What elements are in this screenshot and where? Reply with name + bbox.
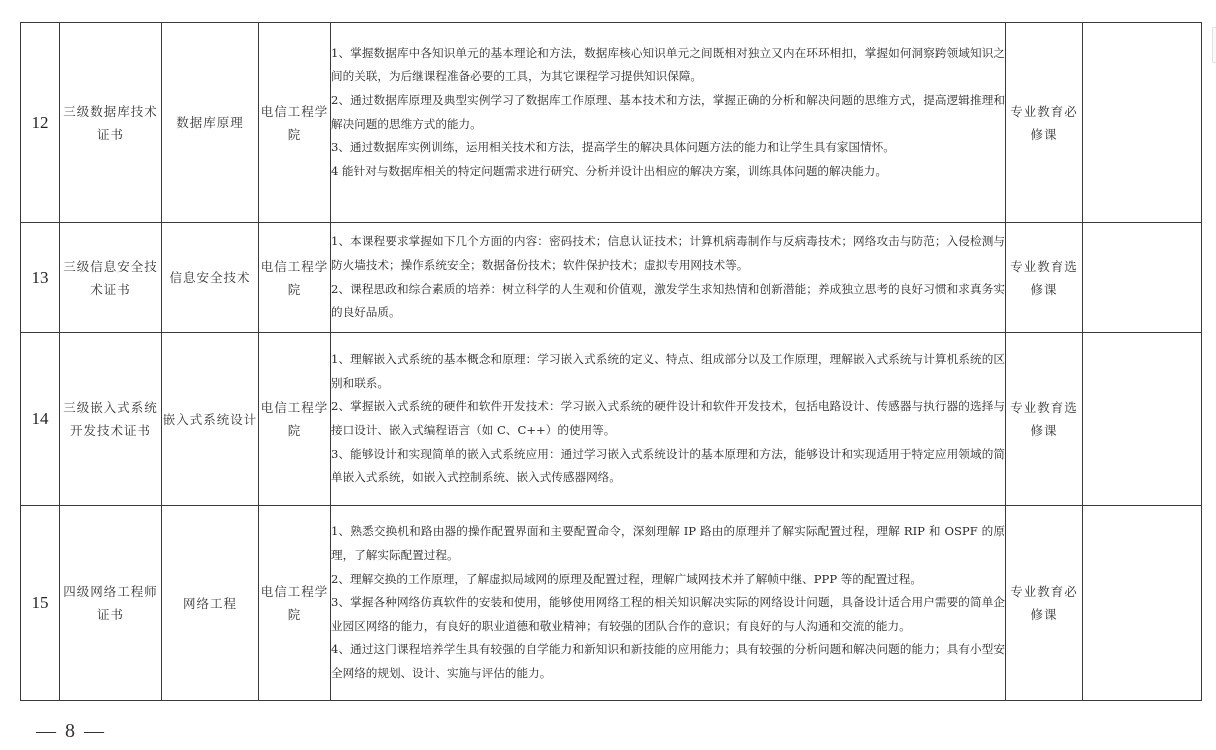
document-page: 12 三级数据库技术证书 数据库原理 电信工程学院 1、掌握数据库中各知识单元的…	[0, 0, 1216, 750]
spacer	[331, 183, 1005, 203]
course-category: 专业教育选修课	[1006, 333, 1083, 506]
college-name: 电信工程学院	[259, 23, 331, 223]
course-name: 嵌入式系统设计	[162, 333, 259, 506]
college-name: 电信工程学院	[259, 333, 331, 506]
course-category: 专业教育必修课	[1006, 506, 1083, 701]
row-number: 13	[21, 223, 60, 333]
course-certificate-table: 12 三级数据库技术证书 数据库原理 电信工程学院 1、掌握数据库中各知识单元的…	[20, 22, 1202, 701]
notes-cell	[1083, 506, 1202, 701]
objective-item: 3、能够设计和实现简单的嵌入式系统应用：通过学习嵌入式系统设计的基本原理和方法，…	[331, 443, 1005, 490]
row-number: 12	[21, 23, 60, 223]
objective-item: 1、熟悉交换机和路由器的操作配置界面和主要配置命令，深刻理解 IP 路由的原理并…	[331, 520, 1005, 567]
side-panel-edge[interactable]	[1212, 27, 1216, 63]
notes-cell	[1083, 333, 1202, 506]
course-name: 信息安全技术	[162, 223, 259, 333]
college-name: 电信工程学院	[259, 223, 331, 333]
course-category: 专业教育必修课	[1006, 23, 1083, 223]
objective-item: 2、课程思政和综合素质的培养：树立科学的人生观和价值观，激发学生求知热情和创新潜…	[331, 278, 1005, 325]
certificate-name: 三级数据库技术证书	[60, 23, 162, 223]
certificate-name: 三级信息安全技术证书	[60, 223, 162, 333]
course-objectives: 1、掌握数据库中各知识单元的基本理论和方法，数据库核心知识单元之间既相对独立又内…	[331, 23, 1006, 223]
course-objectives: 1、理解嵌入式系统的基本概念和原理：学习嵌入式系统的定义、特点、组成部分以及工作…	[331, 333, 1006, 506]
notes-cell	[1083, 23, 1202, 223]
objective-item: 4、通过这门课程培养学生具有较强的自学能力和新知识和新技能的应用能力；具有较强的…	[331, 638, 1005, 685]
course-objectives: 1、熟悉交换机和路由器的操作配置界面和主要配置命令，深刻理解 IP 路由的原理并…	[331, 506, 1006, 701]
row-number: 14	[21, 333, 60, 506]
objective-item: 1、掌握数据库中各知识单元的基本理论和方法，数据库核心知识单元之间既相对独立又内…	[331, 42, 1005, 89]
objective-item: 3、通过数据库实例训练，运用相关技术和方法，提高学生的解决具体问题方法的能力和让…	[331, 136, 1005, 160]
objective-item: 2、掌握嵌入式系统的硬件和软件开发技术：学习嵌入式系统的硬件设计和软件开发技术，…	[331, 395, 1005, 442]
objective-item: 2、理解交换的工作原理，了解虚拟局域网的原理及配置过程，理解广域网技术并了解帧中…	[331, 568, 1005, 592]
notes-cell	[1083, 223, 1202, 333]
table-row: 14 三级嵌入式系统开发技术证书 嵌入式系统设计 电信工程学院 1、理解嵌入式系…	[21, 333, 1202, 506]
certificate-name: 四级网络工程师证书	[60, 506, 162, 701]
objective-item: 4 能针对与数据库相关的特定问题需求进行研究、分析并设计出相应的解决方案，训练具…	[331, 160, 1005, 184]
college-name: 电信工程学院	[259, 506, 331, 701]
course-name: 网络工程	[162, 506, 259, 701]
objective-item: 1、理解嵌入式系统的基本概念和原理：学习嵌入式系统的定义、特点、组成部分以及工作…	[331, 348, 1005, 395]
table-row: 13 三级信息安全技术证书 信息安全技术 电信工程学院 1、本课程要求掌握如下几…	[21, 223, 1202, 333]
objective-item: 3、掌握各种网络仿真软件的安装和使用，能够使用网络工程的相关知识解决实际的网络设…	[331, 591, 1005, 638]
row-number: 15	[21, 506, 60, 701]
objective-item: 1、本课程要求掌握如下几个方面的内容：密码技术；信息认证技术；计算机病毒制作与反…	[331, 230, 1005, 277]
table-row: 12 三级数据库技术证书 数据库原理 电信工程学院 1、掌握数据库中各知识单元的…	[21, 23, 1202, 223]
page-number: — 8 —	[36, 720, 106, 743]
course-category: 专业教育选修课	[1006, 223, 1083, 333]
course-objectives: 1、本课程要求掌握如下几个方面的内容：密码技术；信息认证技术；计算机病毒制作与反…	[331, 223, 1006, 333]
course-name: 数据库原理	[162, 23, 259, 223]
objective-item: 2、通过数据库原理及典型实例学习了数据库工作原理、基本技术和方法，掌握正确的分析…	[331, 89, 1005, 136]
table-row: 15 四级网络工程师证书 网络工程 电信工程学院 1、熟悉交换机和路由器的操作配…	[21, 506, 1202, 701]
certificate-name: 三级嵌入式系统开发技术证书	[60, 333, 162, 506]
